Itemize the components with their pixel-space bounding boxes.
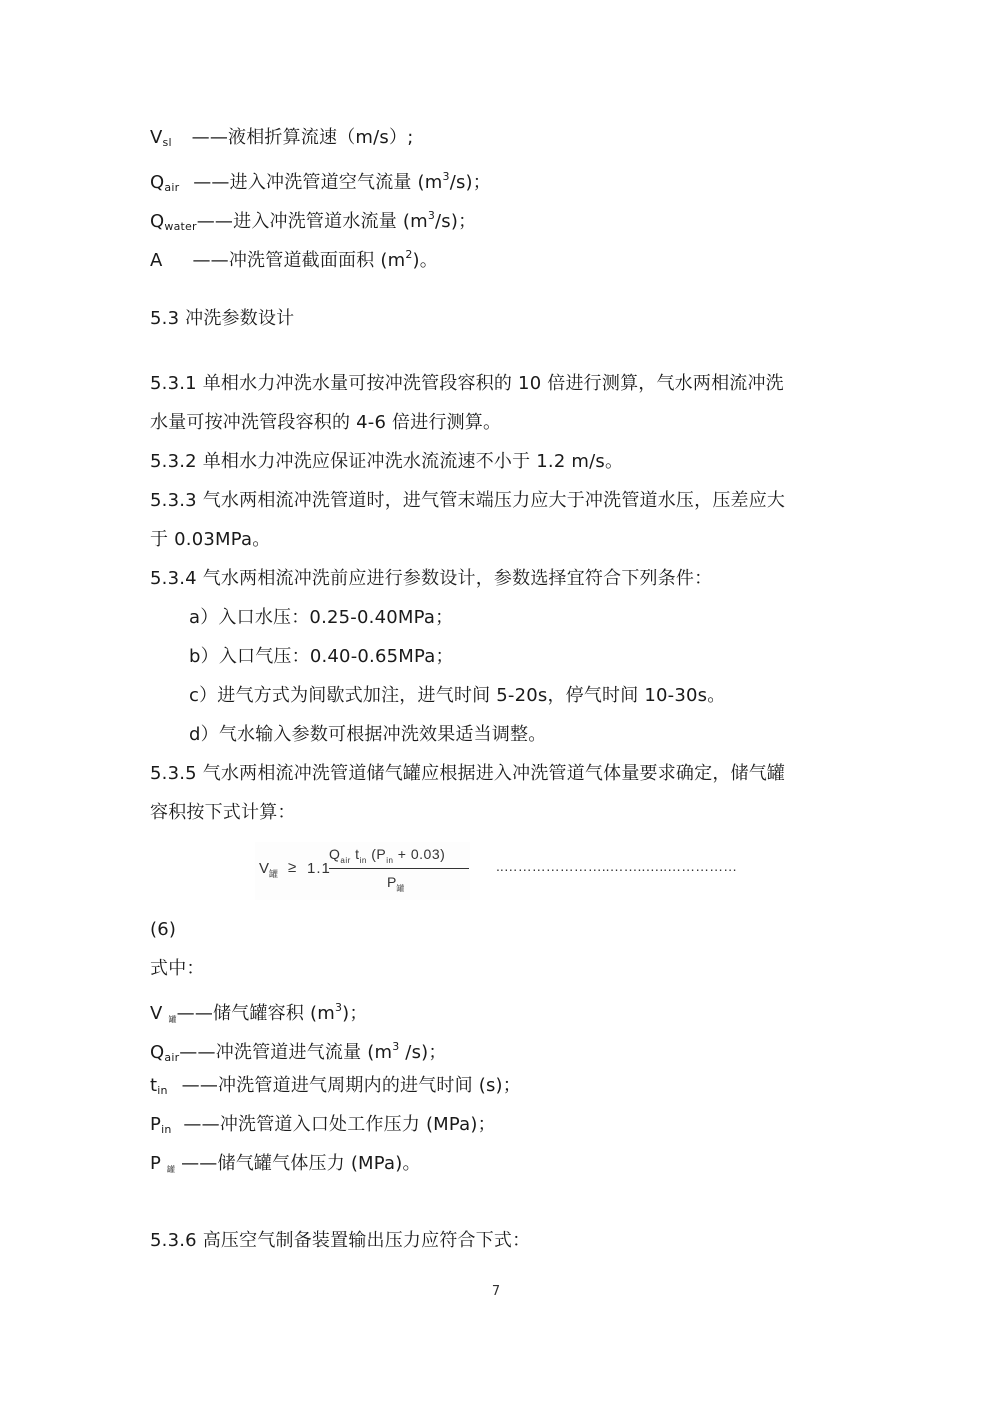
definition-p-tank: P 罐 ——储气罐气体压力 (MPa)。 — [150, 1152, 421, 1182]
dash: —— — [193, 171, 229, 195]
subscript: in — [157, 1084, 167, 1097]
clause-5-3-1-line-2: 水量可按冲洗管段容积的 4-6 倍进行测算。 — [150, 411, 501, 435]
symbol: V — [150, 1002, 163, 1026]
formula-numerator: Qair tin (Pin + 0.03) — [329, 846, 445, 865]
dash: —— — [177, 1002, 213, 1026]
section-heading: 5.3 冲洗参数设计 — [150, 307, 294, 331]
dash: —— — [179, 1041, 215, 1065]
dot-leader: ..…………………..……..…..…………… — [496, 858, 737, 874]
definition-pin: Pin ——冲洗管道入口处工作压力 (MPa)； — [150, 1113, 496, 1142]
fraction-bar — [329, 868, 469, 869]
numerator-q: Q — [329, 846, 340, 862]
clause-5-3-5-line-1: 5.3.5 气水两相流冲洗管道储气罐应根据进入冲洗管道气体量要求确定，储气罐 — [150, 762, 785, 786]
definition-text: 冲洗管道进气流量 (m — [216, 1042, 392, 1063]
definition-tail: )。 — [413, 250, 438, 271]
unit-exponent: 3 — [428, 209, 435, 222]
definition-qair: Qair ——进入冲洗管道空气流量 (m3/s)； — [150, 165, 491, 200]
clause-5-3-4-item-d: d）气水输入参数可根据冲洗效果适当调整。 — [189, 723, 546, 747]
clause-5-3-2: 5.3.2 单相水力冲洗应保证冲洗水流流速不小于 1.2 m/s。 — [150, 450, 623, 474]
dash: —— — [197, 210, 233, 234]
numerator-close: + 0.03) — [393, 846, 445, 862]
denominator-symbol: P — [387, 874, 396, 890]
definition-vsl: Vsl ——液相折算流速（m/s）; — [150, 126, 413, 155]
symbol: Q — [150, 171, 164, 195]
formula-lhs-subscript: 罐 — [269, 869, 278, 879]
dash: —— — [182, 1074, 218, 1098]
definition-v-tank: V 罐——储气罐容积 (m3)； — [150, 996, 368, 1032]
dash: —— — [192, 126, 228, 150]
numerator-p: (P — [371, 846, 386, 862]
formula-lhs-symbol: V — [259, 860, 269, 877]
definition-tail: /s)； — [399, 1042, 446, 1063]
definition-text: 储气罐气体压力 (MPa)。 — [218, 1153, 421, 1174]
definition-qwater: Qwater——进入冲洗管道水流量 (m3/s)； — [150, 204, 476, 239]
formula-coefficient: 1.1 — [307, 860, 331, 877]
symbol: P — [150, 1152, 161, 1176]
subscript: sl — [163, 136, 172, 149]
formula-denominator: P罐 — [387, 874, 404, 894]
symbol: V — [150, 126, 163, 150]
unit-exponent: 3 — [443, 170, 450, 183]
clause-5-3-4-item-a: a）入口水压：0.25-0.40MPa； — [189, 606, 453, 630]
subscript: air — [164, 1051, 179, 1064]
clause-5-3-5-line-2: 容积按下式计算： — [150, 801, 296, 825]
formula-tank-volume: V罐 ≥ 1.1 Qair tin (Pin + 0.03) P罐 — [255, 842, 470, 900]
numerator-q-subscript: air — [340, 856, 350, 865]
formula-relation: ≥ — [288, 859, 296, 876]
definition-tin: tin ——冲洗管道进气周期内的进气时间 (s)； — [150, 1074, 521, 1103]
symbol: A — [150, 249, 163, 273]
subscript: 罐 — [167, 1165, 175, 1174]
dash: —— — [183, 1113, 219, 1137]
equation-number: (6) — [150, 918, 176, 942]
clause-5-3-4-item-c: c）进气方式为间歇式加注，进气时间 5-20s，停气时间 10-30s。 — [189, 684, 725, 708]
definition-text: 冲洗管道截面面积 (m — [229, 250, 405, 271]
definition-text: 进入冲洗管道空气流量 (m — [230, 172, 443, 193]
denominator-subscript: 罐 — [396, 884, 404, 893]
formula-lhs: V罐 — [259, 860, 278, 880]
clause-5-3-6: 5.3.6 高压空气制备装置输出压力应符合下式： — [150, 1229, 530, 1253]
symbol: Q — [150, 210, 164, 234]
definition-tail: /s)； — [450, 172, 491, 193]
definition-text: 液相折算流速（m/s）; — [228, 127, 413, 148]
numerator-t-subscript: in — [360, 856, 367, 865]
dash: —— — [181, 1152, 217, 1176]
subscript: air — [164, 181, 179, 194]
definition-text: 冲洗管道进气周期内的进气时间 (s)； — [218, 1075, 521, 1096]
subscript: in — [161, 1123, 171, 1136]
clause-5-3-4: 5.3.4 气水两相流冲洗前应进行参数设计，参数选择宜符合下列条件： — [150, 567, 712, 591]
definition-qair-bottom: Qair——冲洗管道进气流量 (m3 /s)； — [150, 1035, 447, 1070]
definition-tail: )； — [342, 1003, 367, 1024]
clause-5-3-4-item-b: b）入口气压：0.40-0.65MPa； — [189, 645, 454, 669]
subscript: 罐 — [168, 1015, 176, 1024]
symbol: Q — [150, 1041, 164, 1065]
clause-5-3-3-line-1: 5.3.3 气水两相流冲洗管道时，进气管末端压力应大于冲洗管道水压，压差应大 — [150, 489, 785, 513]
clause-5-3-1-line-1: 5.3.1 单相水力冲洗水量可按冲洗管段容积的 10 倍进行测算，气水两相流冲洗 — [150, 372, 784, 396]
page-number: 7 — [0, 1284, 992, 1299]
definition-text: 冲洗管道入口处工作压力 (MPa)； — [220, 1114, 496, 1135]
definition-area: A ——冲洗管道截面面积 (m2)。 — [150, 243, 438, 273]
symbol: P — [150, 1113, 161, 1137]
where-label: 式中： — [150, 957, 205, 981]
clause-5-3-3-line-2: 于 0.03MPa。 — [150, 528, 270, 552]
definition-text: 进入冲洗管道水流量 (m — [233, 211, 428, 232]
definition-text: 储气罐容积 (m — [213, 1003, 335, 1024]
dash: —— — [192, 249, 228, 273]
subscript: water — [164, 220, 196, 233]
definition-tail: /s)； — [435, 211, 476, 232]
unit-exponent: 2 — [405, 248, 412, 261]
